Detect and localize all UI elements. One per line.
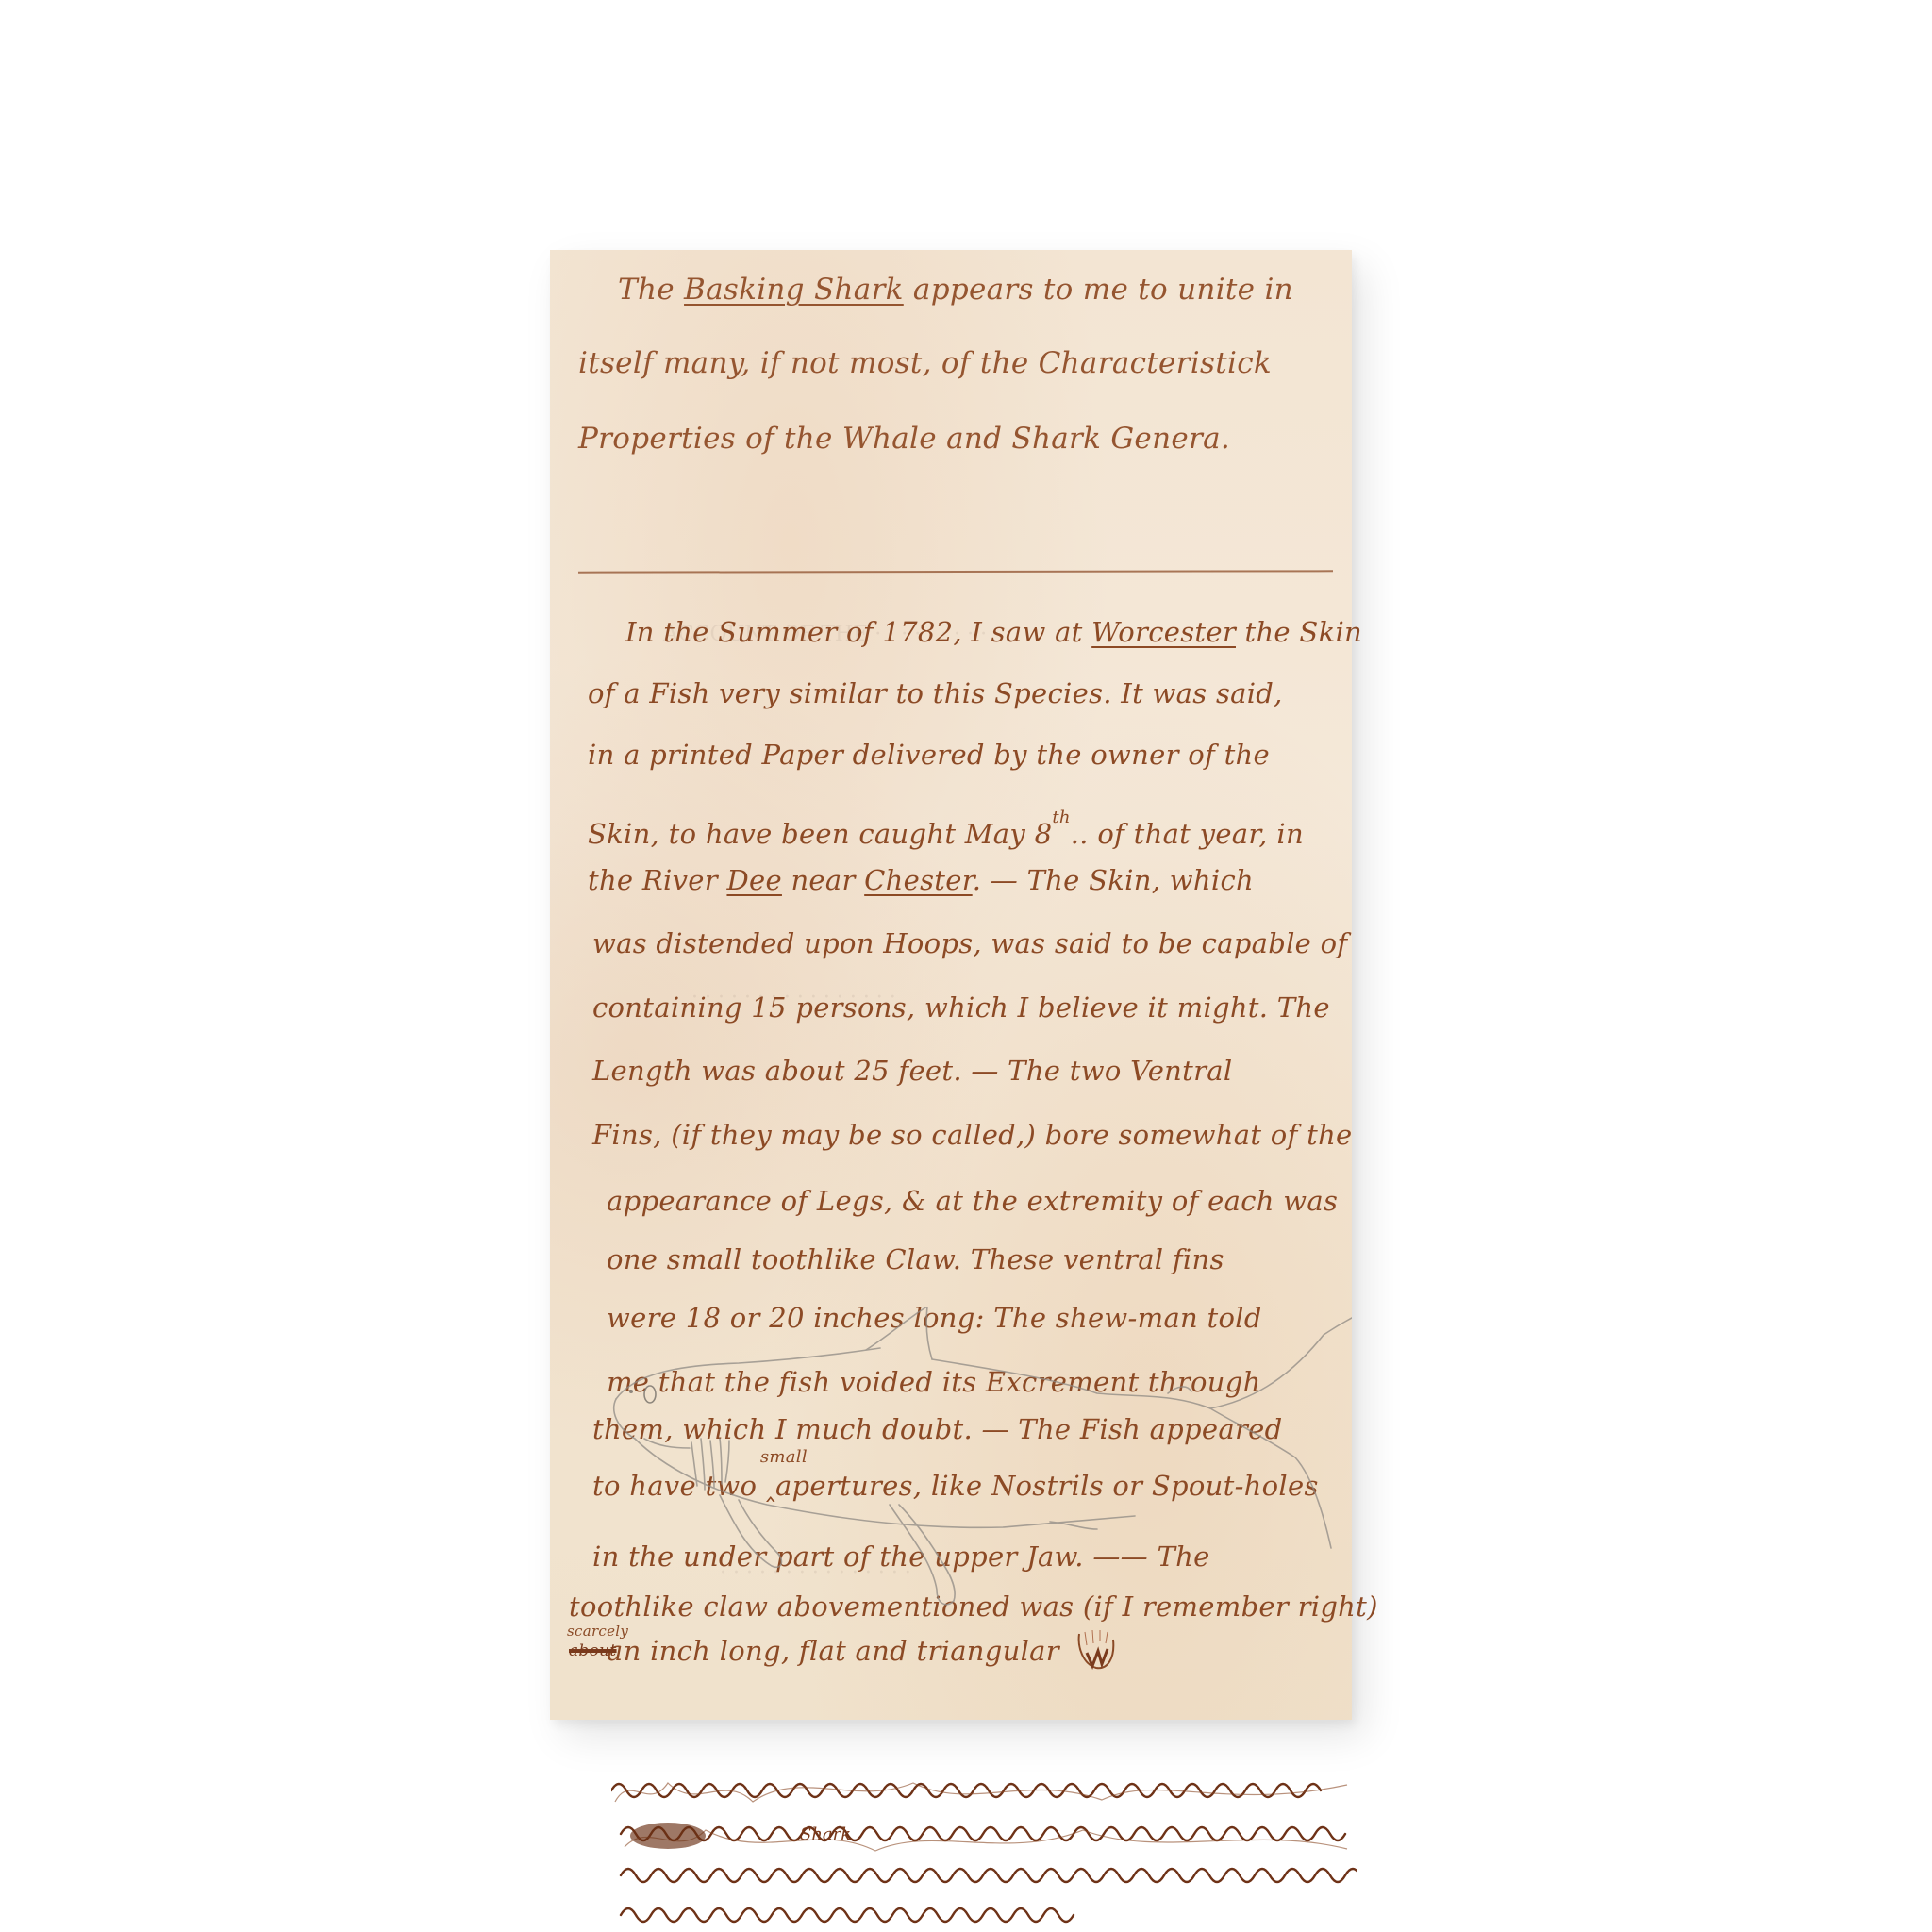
heading-text: The	[618, 273, 684, 307]
body-text: the Skin	[1236, 616, 1362, 648]
underlined-term-basking-shark: Basking Shark	[684, 273, 904, 307]
body-line: Fins, (if they may be so called,) bore s…	[592, 1116, 1353, 1154]
shark-pencil-sketch	[607, 1307, 1352, 1646]
underlined-place-worcester: Worcester	[1091, 616, 1236, 648]
heading-divider-rule	[578, 570, 1333, 573]
heading-line-2: itself many, if not most, of the Charact…	[578, 344, 1272, 382]
ink-blot	[630, 1823, 706, 1849]
struck-out-passage: Shark	[611, 1774, 1357, 1932]
underlined-place-dee: Dee	[726, 864, 781, 896]
body-line: one small toothlike Claw. These ventral …	[607, 1241, 1224, 1278]
body-text: Skin, to have been caught May 8	[588, 818, 1052, 850]
body-line: containing 15 persons, which I believe i…	[592, 989, 1330, 1026]
body-text: .. of that year, in	[1071, 818, 1304, 850]
superscript-th: th	[1052, 808, 1070, 827]
body-text: near	[782, 864, 864, 896]
body-text: . — The Skin, which	[973, 864, 1254, 896]
body-line: Length was about 25 feet. — The two Vent…	[592, 1052, 1232, 1090]
body-line: In the Summer of 1782, I saw at Worceste…	[625, 613, 1362, 651]
manuscript-page: ACCOUNT OF THE · · · · · · · · · · · · ·…	[550, 250, 1352, 1720]
heading-line-3: Properties of the Whale and Shark Genera…	[578, 420, 1230, 458]
body-text: In the Summer of 1782, I saw at	[625, 616, 1091, 648]
legible-fragment: Shark	[800, 1824, 851, 1844]
body-line: in a printed Paper delivered by the owne…	[588, 736, 1270, 774]
body-text: the River	[588, 864, 726, 896]
body-line: Skin, to have been caught May 8th.. of t…	[588, 799, 1304, 853]
body-line: of a Fish very similar to this Species. …	[588, 675, 1283, 712]
body-line: was distended upon Hoops, was said to be…	[592, 924, 1347, 962]
underlined-place-chester: Chester	[864, 864, 973, 896]
body-line: the River Dee near Chester. — The Skin, …	[588, 861, 1254, 899]
heading-text: appears to me to unite in	[904, 273, 1293, 307]
heading-line-1: The Basking Shark appears to me to unite…	[618, 271, 1293, 308]
body-line: appearance of Legs, & at the extremity o…	[607, 1182, 1338, 1220]
